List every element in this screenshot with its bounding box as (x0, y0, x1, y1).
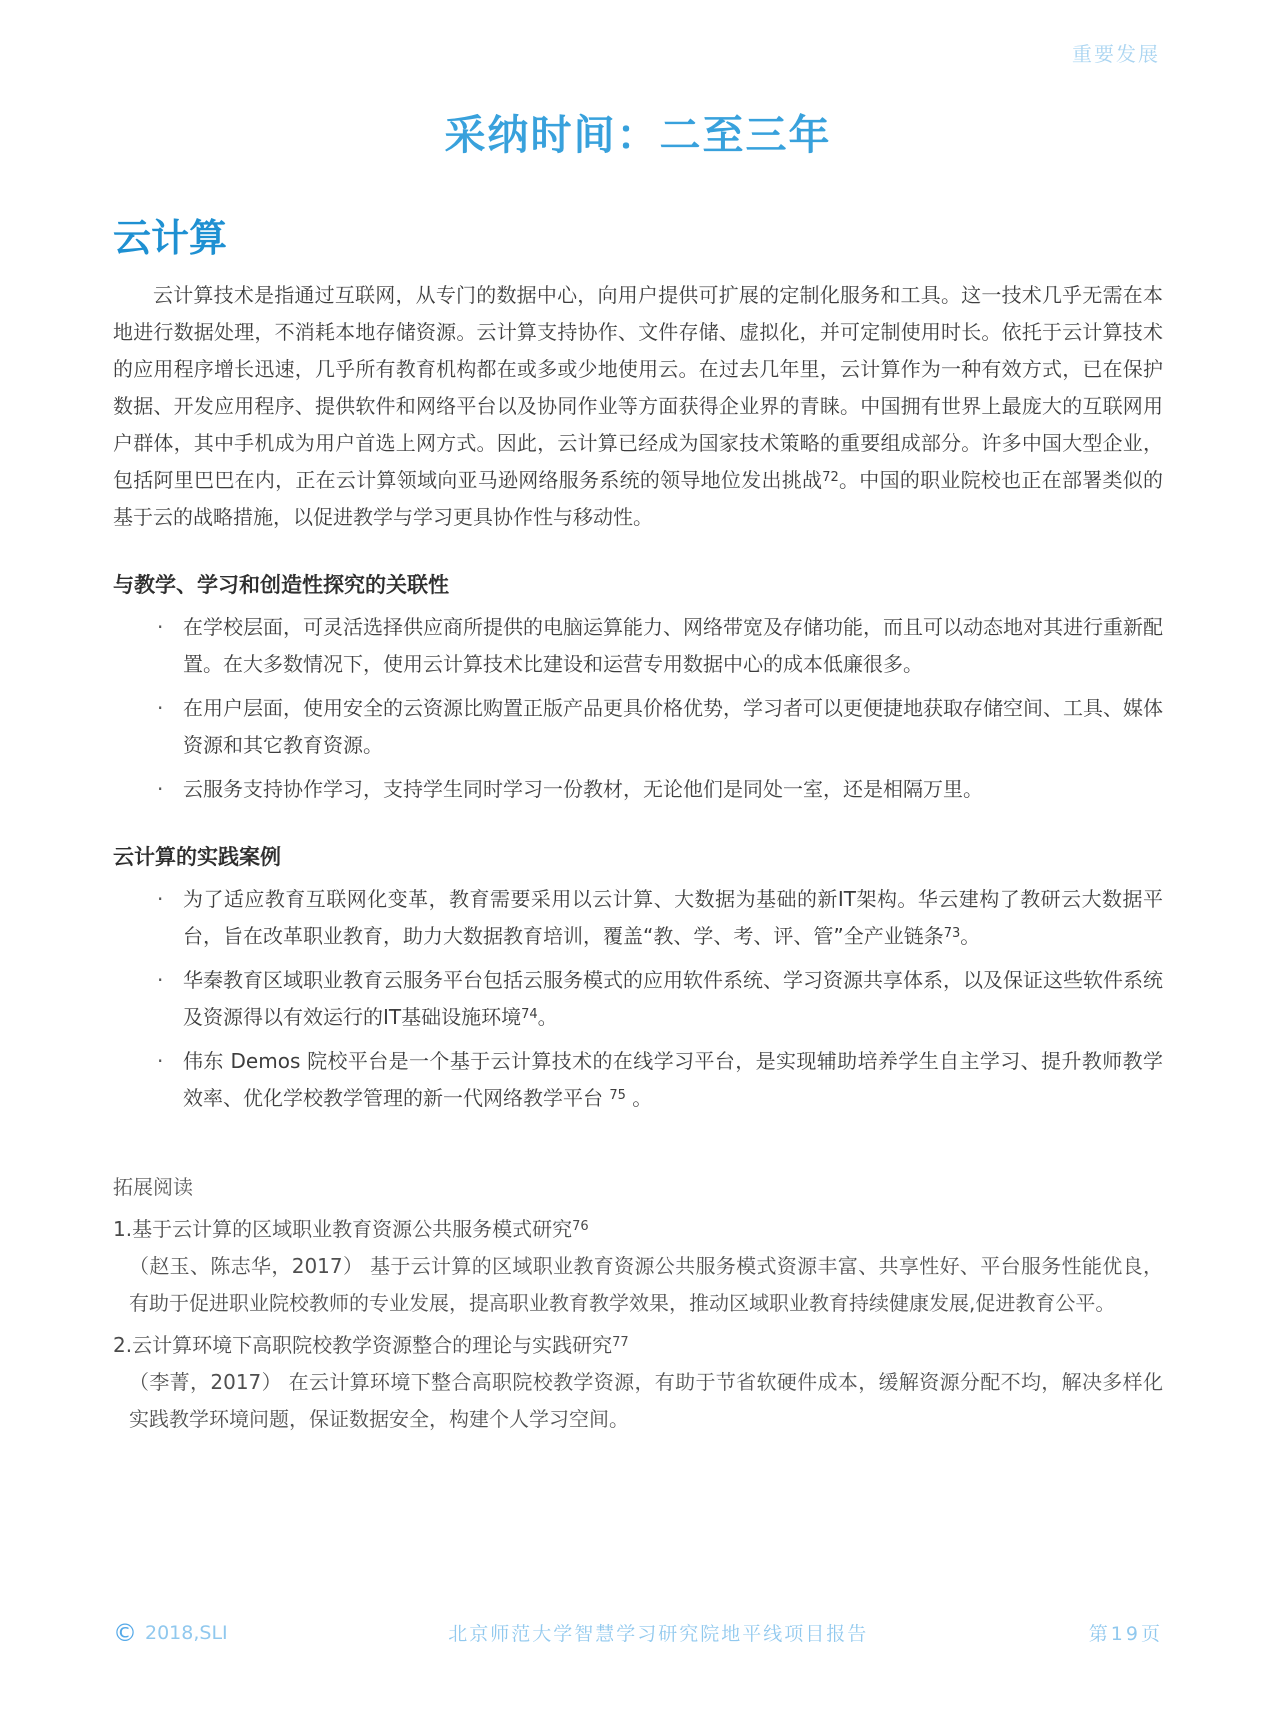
list-item: · 云服务支持协作学习，支持学生同时学习一份教材，无论他们是同处一室，还是相隔万… (113, 771, 1163, 808)
further-reading-heading: 拓展阅读 (113, 1169, 1163, 1206)
reading-title-text: 1.基于云计算的区域职业教育资源公共服务模式研究 (113, 1217, 572, 1241)
list-item-tail: 。 (538, 1005, 558, 1029)
list-item: · 在用户层面，使用安全的云资源比购置正版产品更具价格优势，学习者可以更便捷地获… (113, 690, 1163, 764)
further-reading-section: 拓展阅读 1.基于云计算的区域职业教育资源公共服务模式研究76 （赵玉、陈志华，… (113, 1169, 1163, 1438)
bullet-dot-icon: · (113, 690, 183, 764)
copyright-icon: © (113, 1621, 137, 1645)
list-item-text: 云服务支持协作学习，支持学生同时学习一份教材，无论他们是同处一室，还是相隔万里。 (183, 771, 1163, 808)
page-title: 采纳时间：二至三年 (0, 102, 1276, 161)
intro-text: 云计算技术是指通过互联网，从专门的数据中心，向用户提供可扩展的定制化服务和工具。… (113, 283, 1163, 492)
list-item-text: 在学校层面，可灵活选择供应商所提供的电脑运算能力、网络带宽及存储功能，而且可以动… (183, 609, 1163, 683)
footer-page-number: 第19页 (1089, 1619, 1163, 1646)
practice-heading: 云计算的实践案例 (113, 841, 1163, 871)
document-page: 重要发展 采纳时间：二至三年 云计算 云计算技术是指通过互联网，从专门的数据中心… (0, 0, 1276, 1718)
reading-title-text: 2.云计算环境下高职院校教学资源整合的理论与实践研究 (113, 1333, 612, 1357)
bullet-dot-icon: · (113, 881, 183, 955)
reading-item-body: （李菁，2017） 在云计算环境下整合高职院校教学资源，有助于节省软硬件成本，缓… (113, 1364, 1163, 1438)
list-item-tail: 。 (626, 1086, 652, 1110)
list-item: · 在学校层面，可灵活选择供应商所提供的电脑运算能力、网络带宽及存储功能，而且可… (113, 609, 1163, 683)
footnote-ref-76: 76 (572, 1219, 589, 1234)
list-item: · 为了适应教育互联网化变革，教育需要采用以云计算、大数据为基础的新IT架构。华… (113, 881, 1163, 955)
footnote-ref-74: 74 (521, 1007, 538, 1022)
footnote-ref-77: 77 (612, 1335, 629, 1350)
footnote-ref-73: 73 (944, 926, 961, 941)
section-title: 云计算 (113, 207, 1163, 262)
bullet-dot-icon: · (113, 1043, 183, 1117)
bullet-dot-icon: · (113, 771, 183, 808)
reading-item-body: （赵玉、陈志华，2017） 基于云计算的区域职业教育资源公共服务模式资源丰富、共… (113, 1248, 1163, 1322)
bullet-dot-icon: · (113, 609, 183, 683)
practice-list: · 为了适应教育互联网化变革，教育需要采用以云计算、大数据为基础的新IT架构。华… (113, 881, 1163, 1117)
page-footer: © 2018,SLI 北京师范大学智慧学习研究院地平线项目报告 第19页 (113, 1619, 1163, 1646)
list-item-text: 为了适应教育互联网化变革，教育需要采用以云计算、大数据为基础的新IT架构。华云建… (183, 881, 1163, 955)
list-item-text: 华秦教育区域职业教育云服务平台包括云服务模式的应用软件系统、学习资源共享体系，以… (183, 962, 1163, 1036)
list-item: · 华秦教育区域职业教育云服务平台包括云服务模式的应用软件系统、学习资源共享体系… (113, 962, 1163, 1036)
page-content: 云计算 云计算技术是指通过互联网，从专门的数据中心，向用户提供可扩展的定制化服务… (0, 207, 1276, 1438)
footnote-ref-72: 72 (822, 470, 839, 485)
list-item-text: 伟东 Demos 院校平台是一个基于云计算技术的在线学习平台，是实现辅助培养学生… (183, 1043, 1163, 1117)
bullet-dot-icon: · (113, 962, 183, 1036)
list-item-body: 华秦教育区域职业教育云服务平台包括云服务模式的应用软件系统、学习资源共享体系，以… (183, 968, 1163, 1029)
intro-paragraph: 云计算技术是指通过互联网，从专门的数据中心，向用户提供可扩展的定制化服务和工具。… (113, 277, 1163, 536)
copyright-text: 2018,SLI (145, 1622, 228, 1644)
page-corner-label: 重要发展 (1072, 38, 1160, 67)
reading-item-title: 2.云计算环境下高职院校教学资源整合的理论与实践研究77 (113, 1327, 1163, 1364)
footer-report-title: 北京师范大学智慧学习研究院地平线项目报告 (448, 1619, 868, 1646)
footnote-ref-75: 75 (609, 1088, 626, 1103)
list-item-body: 为了适应教育互联网化变革，教育需要采用以云计算、大数据为基础的新IT架构。华云建… (183, 887, 1163, 948)
relevance-list: · 在学校层面，可灵活选择供应商所提供的电脑运算能力、网络带宽及存储功能，而且可… (113, 609, 1163, 808)
list-item-tail: 。 (960, 924, 980, 948)
list-item-body: 伟东 Demos 院校平台是一个基于云计算技术的在线学习平台，是实现辅助培养学生… (183, 1049, 1163, 1110)
reading-item-title: 1.基于云计算的区域职业教育资源公共服务模式研究76 (113, 1211, 1163, 1248)
footer-copyright: © 2018,SLI (113, 1621, 228, 1645)
list-item-text: 在用户层面，使用安全的云资源比购置正版产品更具价格优势，学习者可以更便捷地获取存… (183, 690, 1163, 764)
relevance-heading: 与教学、学习和创造性探究的关联性 (113, 569, 1163, 599)
list-item: · 伟东 Demos 院校平台是一个基于云计算技术的在线学习平台，是实现辅助培养… (113, 1043, 1163, 1117)
